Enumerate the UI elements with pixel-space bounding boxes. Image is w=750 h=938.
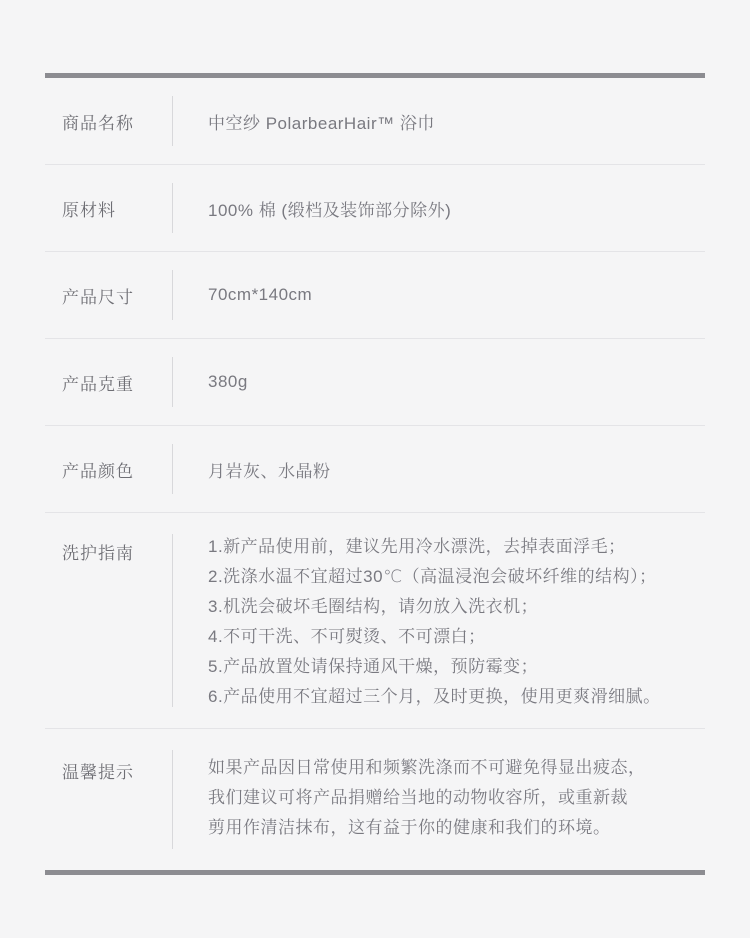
spec-value: 380g [173, 339, 705, 425]
spec-row-weight: 产品克重 380g [45, 339, 705, 426]
spec-value-friendly-tips: 如果产品因日常使用和频繁洗涤而不可避免得显出疲态， 我们建议可将产品捐赠给当地的… [173, 729, 705, 870]
spec-label: 原材料 [45, 165, 172, 251]
spec-row-material: 原材料 100% 棉 (缎档及装饰部分除外) [45, 165, 705, 252]
spec-label: 产品克重 [45, 339, 172, 425]
care-guide-line: 2.洗涤水温不宜超过30℃（高温浸泡会破坏纤维的结构）； [208, 562, 705, 592]
spec-value: 中空纱 PolarbearHair™ 浴巾 [173, 78, 705, 164]
spec-value: 70cm*140cm [173, 252, 705, 338]
bottom-divider-bar [45, 870, 705, 875]
friendly-tips-line: 如果产品因日常使用和频繁洗涤而不可避免得显出疲态， [208, 753, 705, 783]
spec-value-care-guide: 1.新产品使用前，建议先用冷水漂洗，去掉表面浮毛； 2.洗涤水温不宜超过30℃（… [173, 513, 705, 728]
spec-label: 产品尺寸 [45, 252, 172, 338]
product-spec-sheet: 商品名称 中空纱 PolarbearHair™ 浴巾 原材料 100% 棉 (缎… [0, 0, 750, 875]
spec-label: 商品名称 [45, 78, 172, 164]
spec-row-color: 产品颜色 月岩灰、水晶粉 [45, 426, 705, 513]
care-guide-line: 3.机洗会破坏毛圈结构，请勿放入洗衣机； [208, 592, 705, 622]
spec-value: 100% 棉 (缎档及装饰部分除外) [173, 165, 705, 251]
care-guide-line: 6.产品使用不宜超过三个月，及时更换，使用更爽滑细腻。 [208, 682, 705, 712]
spec-label: 洗护指南 [45, 513, 172, 728]
spec-value: 月岩灰、水晶粉 [173, 426, 705, 512]
spec-label: 产品颜色 [45, 426, 172, 512]
spec-row-product-name: 商品名称 中空纱 PolarbearHair™ 浴巾 [45, 78, 705, 165]
care-guide-line: 4.不可干洗、不可熨烫、不可漂白； [208, 622, 705, 652]
care-guide-line: 5.产品放置处请保持通风干燥，预防霉变； [208, 652, 705, 682]
friendly-tips-line: 剪用作清洁抹布，这有益于你的健康和我们的环境。 [208, 813, 705, 843]
spec-label: 温馨提示 [45, 729, 172, 870]
spec-row-size: 产品尺寸 70cm*140cm [45, 252, 705, 339]
care-guide-line: 1.新产品使用前，建议先用冷水漂洗，去掉表面浮毛； [208, 532, 705, 562]
friendly-tips-line: 我们建议可将产品捐赠给当地的动物收容所，或重新裁 [208, 783, 705, 813]
spec-row-care-guide: 洗护指南 1.新产品使用前，建议先用冷水漂洗，去掉表面浮毛； 2.洗涤水温不宜超… [45, 513, 705, 729]
spec-row-friendly-tips: 温馨提示 如果产品因日常使用和频繁洗涤而不可避免得显出疲态， 我们建议可将产品捐… [45, 729, 705, 870]
